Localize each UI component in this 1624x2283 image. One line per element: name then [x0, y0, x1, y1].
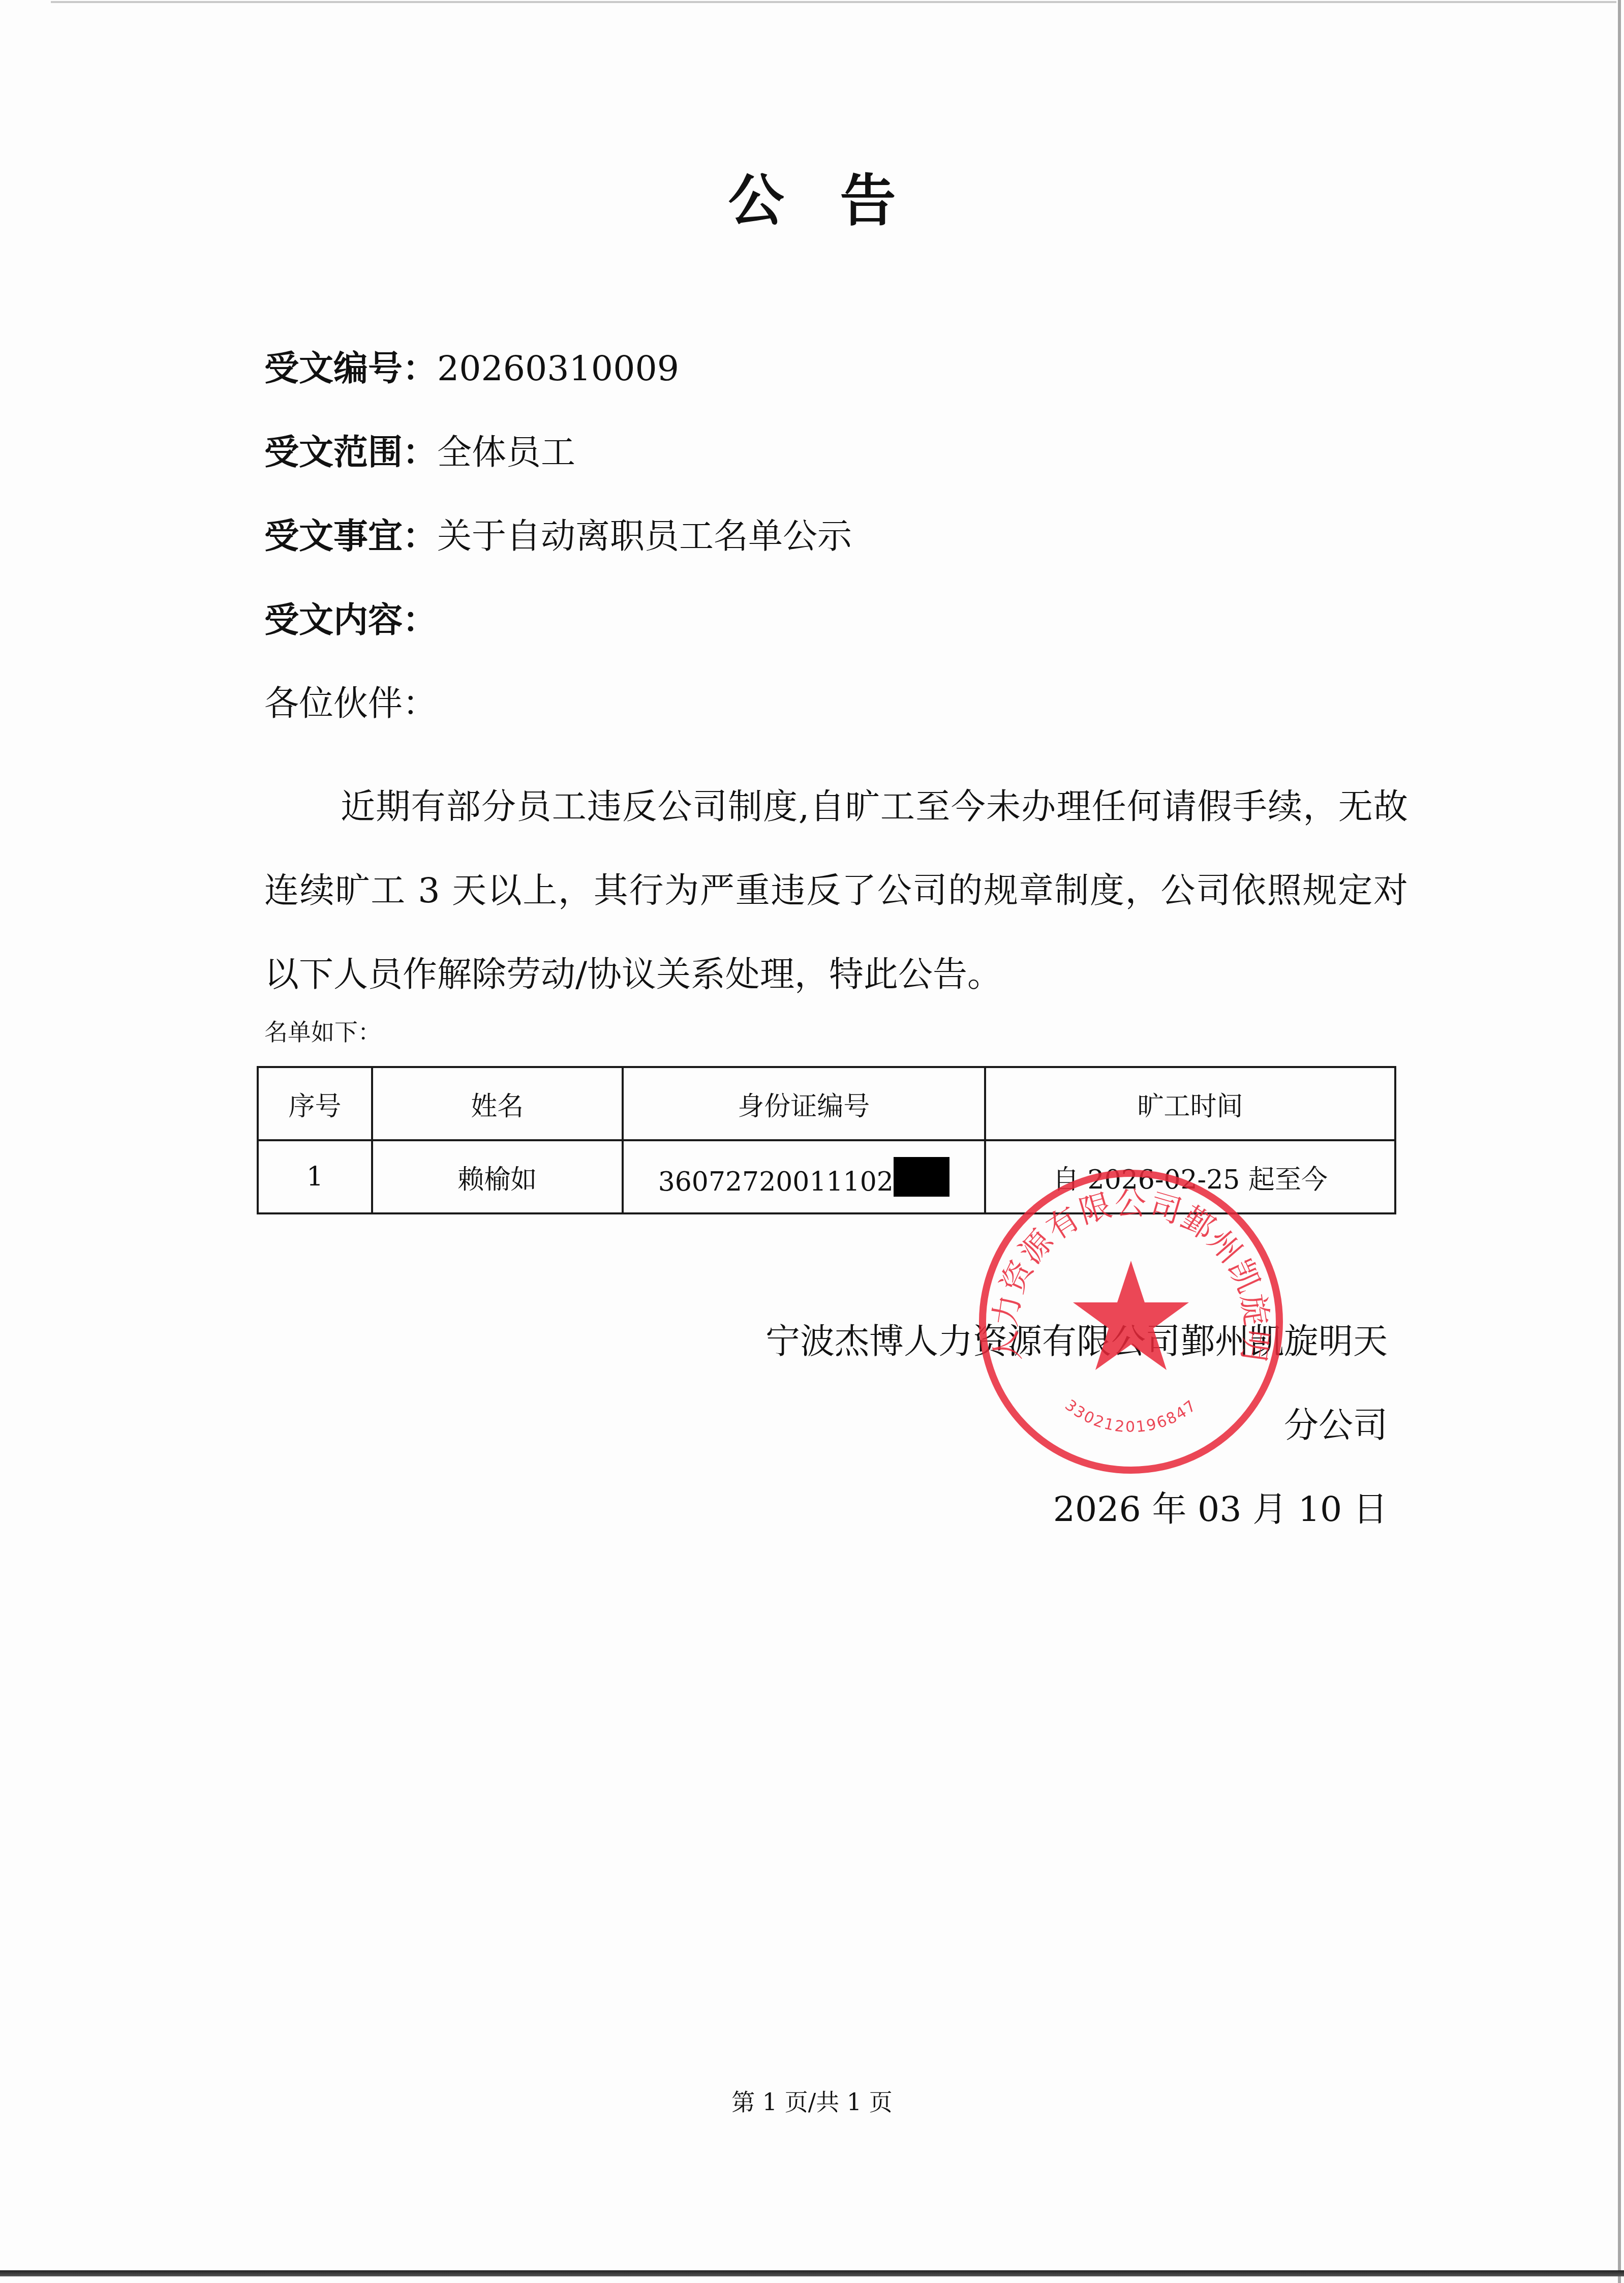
scan-edge-top [51, 1, 1616, 3]
field-scope: 受文范围：全体员工 [264, 430, 575, 476]
header-index: 序号 [258, 1067, 372, 1140]
header-name: 姓名 [372, 1067, 622, 1140]
field-label: 受文编号： [264, 348, 437, 389]
salutation: 各位伙伴： [264, 681, 437, 727]
cell-absence-time: 自 2026-02-25 起至今 [985, 1140, 1395, 1213]
field-value: 关于自动离职员工名单公示 [437, 516, 852, 557]
scan-edge-right [1618, 0, 1621, 2283]
dismissal-table: 序号 姓名 身份证编号 旷工时间 1 赖榆如 36072720011102 自 … [257, 1066, 1396, 1214]
field-content: 受文内容： [264, 597, 437, 644]
field-label: 受文范围： [264, 432, 437, 473]
list-intro: 名单如下： [264, 1017, 381, 1047]
body-paragraph: 近期有部分员工违反公司制度,自旷工至今未办理任何请假手续，无故连续旷工 3 天以… [264, 765, 1408, 1017]
signature-date: 2026 年 03 月 10 日 [1053, 1487, 1388, 1533]
field-value: 20260310009 [437, 349, 679, 389]
field-label: 受文内容： [264, 600, 437, 641]
document-title: 公告 [0, 168, 1624, 234]
field-value: 全体员工 [437, 433, 575, 473]
scan-edge-bottom [0, 2270, 1624, 2276]
cell-id-number: 36072720011102 [623, 1140, 985, 1213]
table-header-row: 序号 姓名 身份证编号 旷工时间 [258, 1067, 1395, 1140]
table-row: 1 赖榆如 36072720011102 自 2026-02-25 起至今 [258, 1140, 1395, 1213]
header-id-number: 身份证编号 [623, 1067, 985, 1140]
svg-text:3302120196847: 3302120196847 [1061, 1396, 1201, 1436]
cell-name: 赖榆如 [372, 1140, 622, 1213]
signature-company-line1: 宁波杰博人力资源有限公司鄞州凯旋明天 [765, 1319, 1388, 1365]
signature-company-line2: 分公司 [1284, 1403, 1388, 1449]
page-footer: 第 1 页/共 1 页 [0, 2087, 1624, 2117]
field-subject: 受文事宜：关于自动离职员工名单公示 [264, 513, 852, 560]
id-number-visible: 36072720011102 [658, 1167, 894, 1197]
cell-index: 1 [258, 1140, 372, 1213]
header-absence-time: 旷工时间 [985, 1067, 1395, 1140]
field-label: 受文事宜： [264, 516, 437, 557]
redaction-block [894, 1157, 949, 1197]
field-doc-number: 受文编号：20260310009 [264, 346, 679, 392]
